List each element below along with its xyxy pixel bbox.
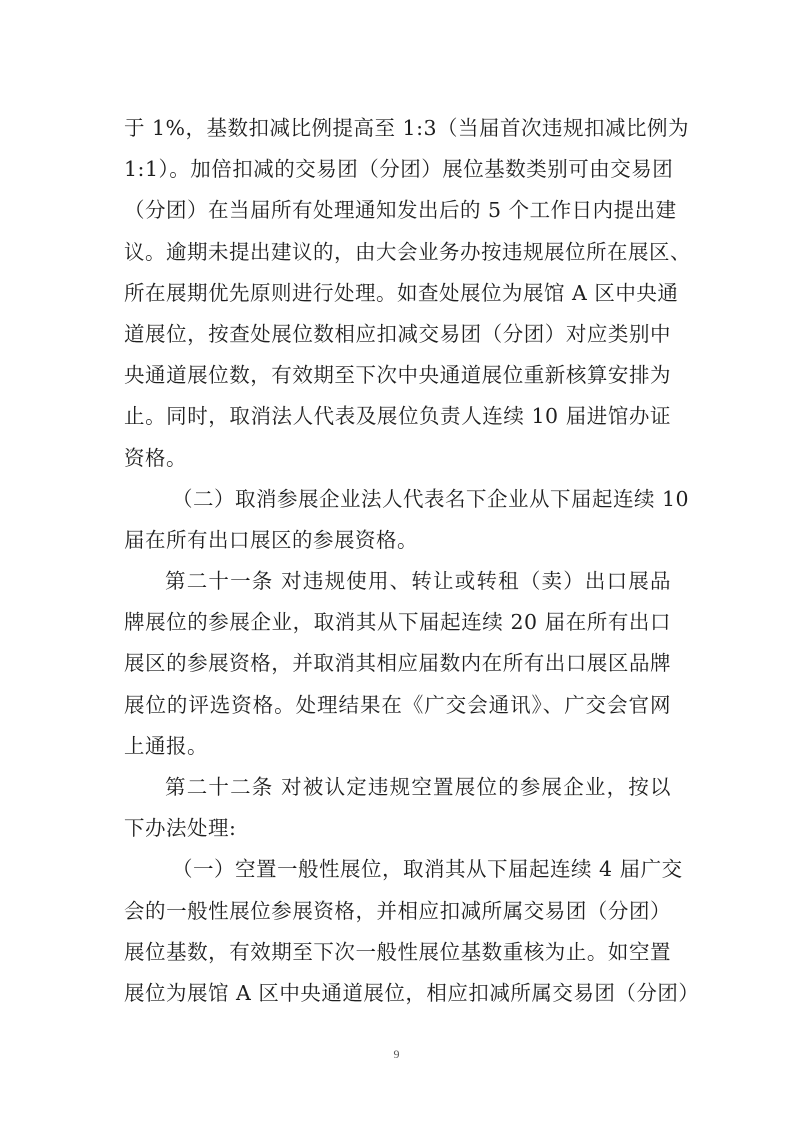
text-line: 展位的评选资格。处理结果在《广交会通讯》、广交会官网 [124, 685, 671, 726]
text-line: 所在展期优先原则进行处理。如查处展位为展馆 A 区中央通 [124, 273, 671, 314]
text-line: 届在所有出口展区的参展资格。 [124, 520, 671, 561]
text-line: 展位基数，有效期至下次一般性展位基数重核为止。如空置 [124, 932, 671, 973]
article-22-line: 第二十二条 对被认定违规空置展位的参展企业，按以 [124, 767, 671, 808]
text-line: 牌展位的参展企业，取消其从下届起连续 20 届在所有出口 [124, 602, 671, 643]
text-line: 下办法处理: [124, 808, 671, 849]
body-text: 于 1%，基数扣减比例提高至 1:3（当届首次违规扣减比例为 1:1）。加倍扣减… [124, 108, 671, 1014]
document-page: 于 1%，基数扣减比例提高至 1:3（当届首次违规扣减比例为 1:1）。加倍扣减… [0, 0, 793, 1121]
text-line: 会的一般性展位参展资格，并相应扣减所属交易团（分团） [124, 891, 671, 932]
text-line: 央通道展位数，有效期至下次中央通道展位重新核算安排为 [124, 355, 671, 396]
page-number: 9 [0, 1047, 793, 1062]
clause-heading-line: （一）空置一般性展位，取消其从下届起连续 4 届广交 [124, 849, 671, 890]
text-line: 1:1）。加倍扣减的交易团（分团）展位基数类别可由交易团 [124, 149, 671, 190]
text-line: 资格。 [124, 438, 671, 479]
text-line: 展区的参展资格，并取消其相应届数内在所有出口展区品牌 [124, 643, 671, 684]
clause-heading-line: （二）取消参展企业法人代表名下企业从下届起连续 10 [124, 479, 671, 520]
text-line: 议。逾期未提出建议的，由大会业务办按违规展位所在展区、 [124, 232, 671, 273]
text-line: 道展位，按查处展位数相应扣减交易团（分团）对应类别中 [124, 314, 671, 355]
article-21-line: 第二十一条 对违规使用、转让或转租（卖）出口展品 [124, 561, 671, 602]
text-line: （分团）在当届所有处理通知发出后的 5 个工作日内提出建 [124, 190, 671, 231]
text-line: 止。同时，取消法人代表及展位负责人连续 10 届进馆办证 [124, 396, 671, 437]
text-line: 于 1%，基数扣减比例提高至 1:3（当届首次违规扣减比例为 [124, 108, 671, 149]
text-line: 展位为展馆 A 区中央通道展位，相应扣减所属交易团（分团） [124, 973, 671, 1014]
text-line: 上通报。 [124, 726, 671, 767]
